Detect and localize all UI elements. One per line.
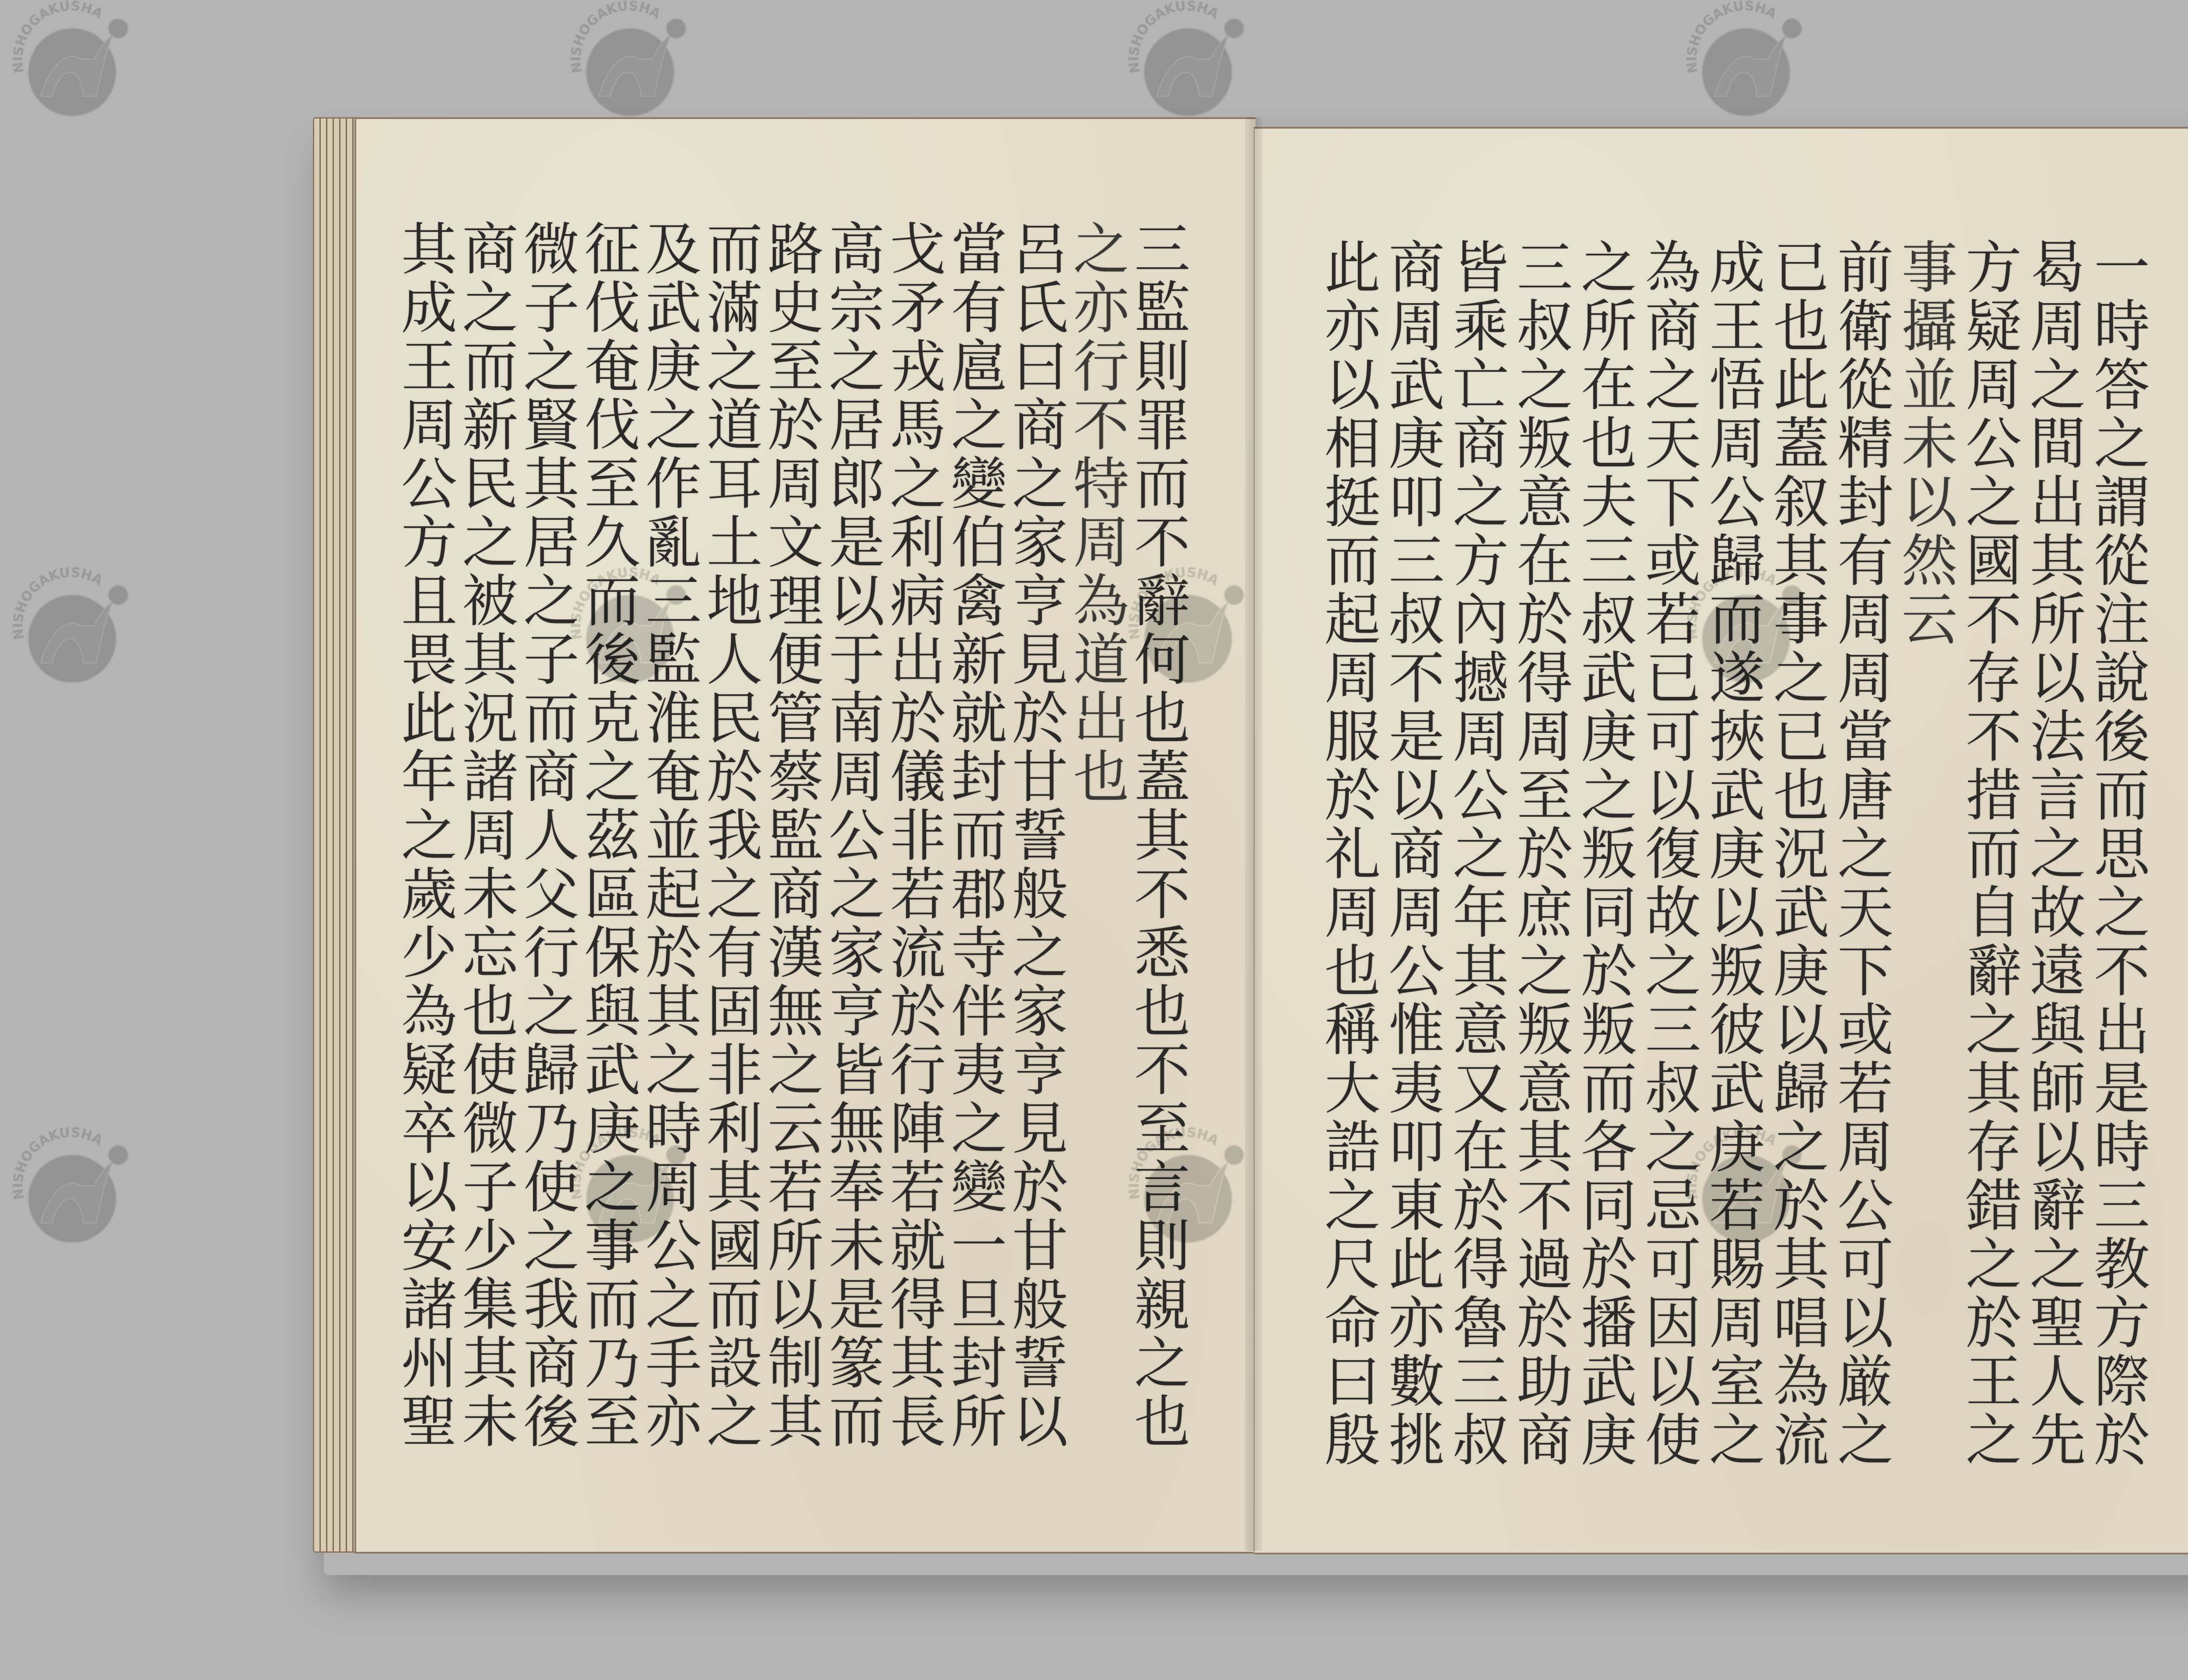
nishogakusha-logo-icon: NISHOGAKUSHA bbox=[565, 0, 696, 129]
nishogakusha-logo-icon: NISHOGAKUSHA bbox=[7, 0, 138, 129]
nishogakusha-logo-icon: NISHOGAKUSHA bbox=[1122, 0, 1254, 129]
nishogakusha-logo-icon: NISHOGAKUSHA bbox=[1122, 1124, 1254, 1256]
nishogakusha-logo-icon: NISHOGAKUSHA bbox=[565, 564, 696, 696]
svg-text:NISHOGAKUSHA: NISHOGAKUSHA bbox=[11, 565, 105, 640]
svg-text:NISHOGAKUSHA: NISHOGAKUSHA bbox=[1684, 1125, 1779, 1200]
nishogakusha-logo-icon: NISHOGAKUSHA bbox=[1680, 564, 1812, 696]
svg-text:NISHOGAKUSHA: NISHOGAKUSHA bbox=[11, 0, 105, 74]
svg-text:NISHOGAKUSHA: NISHOGAKUSHA bbox=[568, 0, 663, 74]
svg-text:NISHOGAKUSHA: NISHOGAKUSHA bbox=[1684, 0, 1779, 74]
svg-text:NISHOGAKUSHA: NISHOGAKUSHA bbox=[11, 1125, 105, 1200]
svg-text:NISHOGAKUSHA: NISHOGAKUSHA bbox=[568, 565, 663, 640]
nishogakusha-logo-icon: NISHOGAKUSHA bbox=[565, 1124, 696, 1256]
nishogakusha-logo-icon: NISHOGAKUSHA bbox=[7, 1124, 138, 1256]
watermark-layer: NISHOGAKUSHA NISHOGAKUSHA NISHOGAKUSHA N… bbox=[0, 0, 2188, 1680]
nishogakusha-logo-icon: NISHOGAKUSHA bbox=[1680, 0, 1812, 129]
svg-text:NISHOGAKUSHA: NISHOGAKUSHA bbox=[1126, 565, 1221, 640]
svg-text:NISHOGAKUSHA: NISHOGAKUSHA bbox=[1684, 565, 1779, 640]
svg-text:NISHOGAKUSHA: NISHOGAKUSHA bbox=[568, 1125, 663, 1200]
nishogakusha-logo-icon: NISHOGAKUSHA bbox=[1122, 564, 1254, 696]
svg-text:NISHOGAKUSHA: NISHOGAKUSHA bbox=[1126, 0, 1221, 74]
svg-text:NISHOGAKUSHA: NISHOGAKUSHA bbox=[1126, 1125, 1221, 1200]
nishogakusha-logo-icon: NISHOGAKUSHA bbox=[7, 564, 138, 696]
nishogakusha-logo-icon: NISHOGAKUSHA bbox=[1680, 1124, 1812, 1256]
